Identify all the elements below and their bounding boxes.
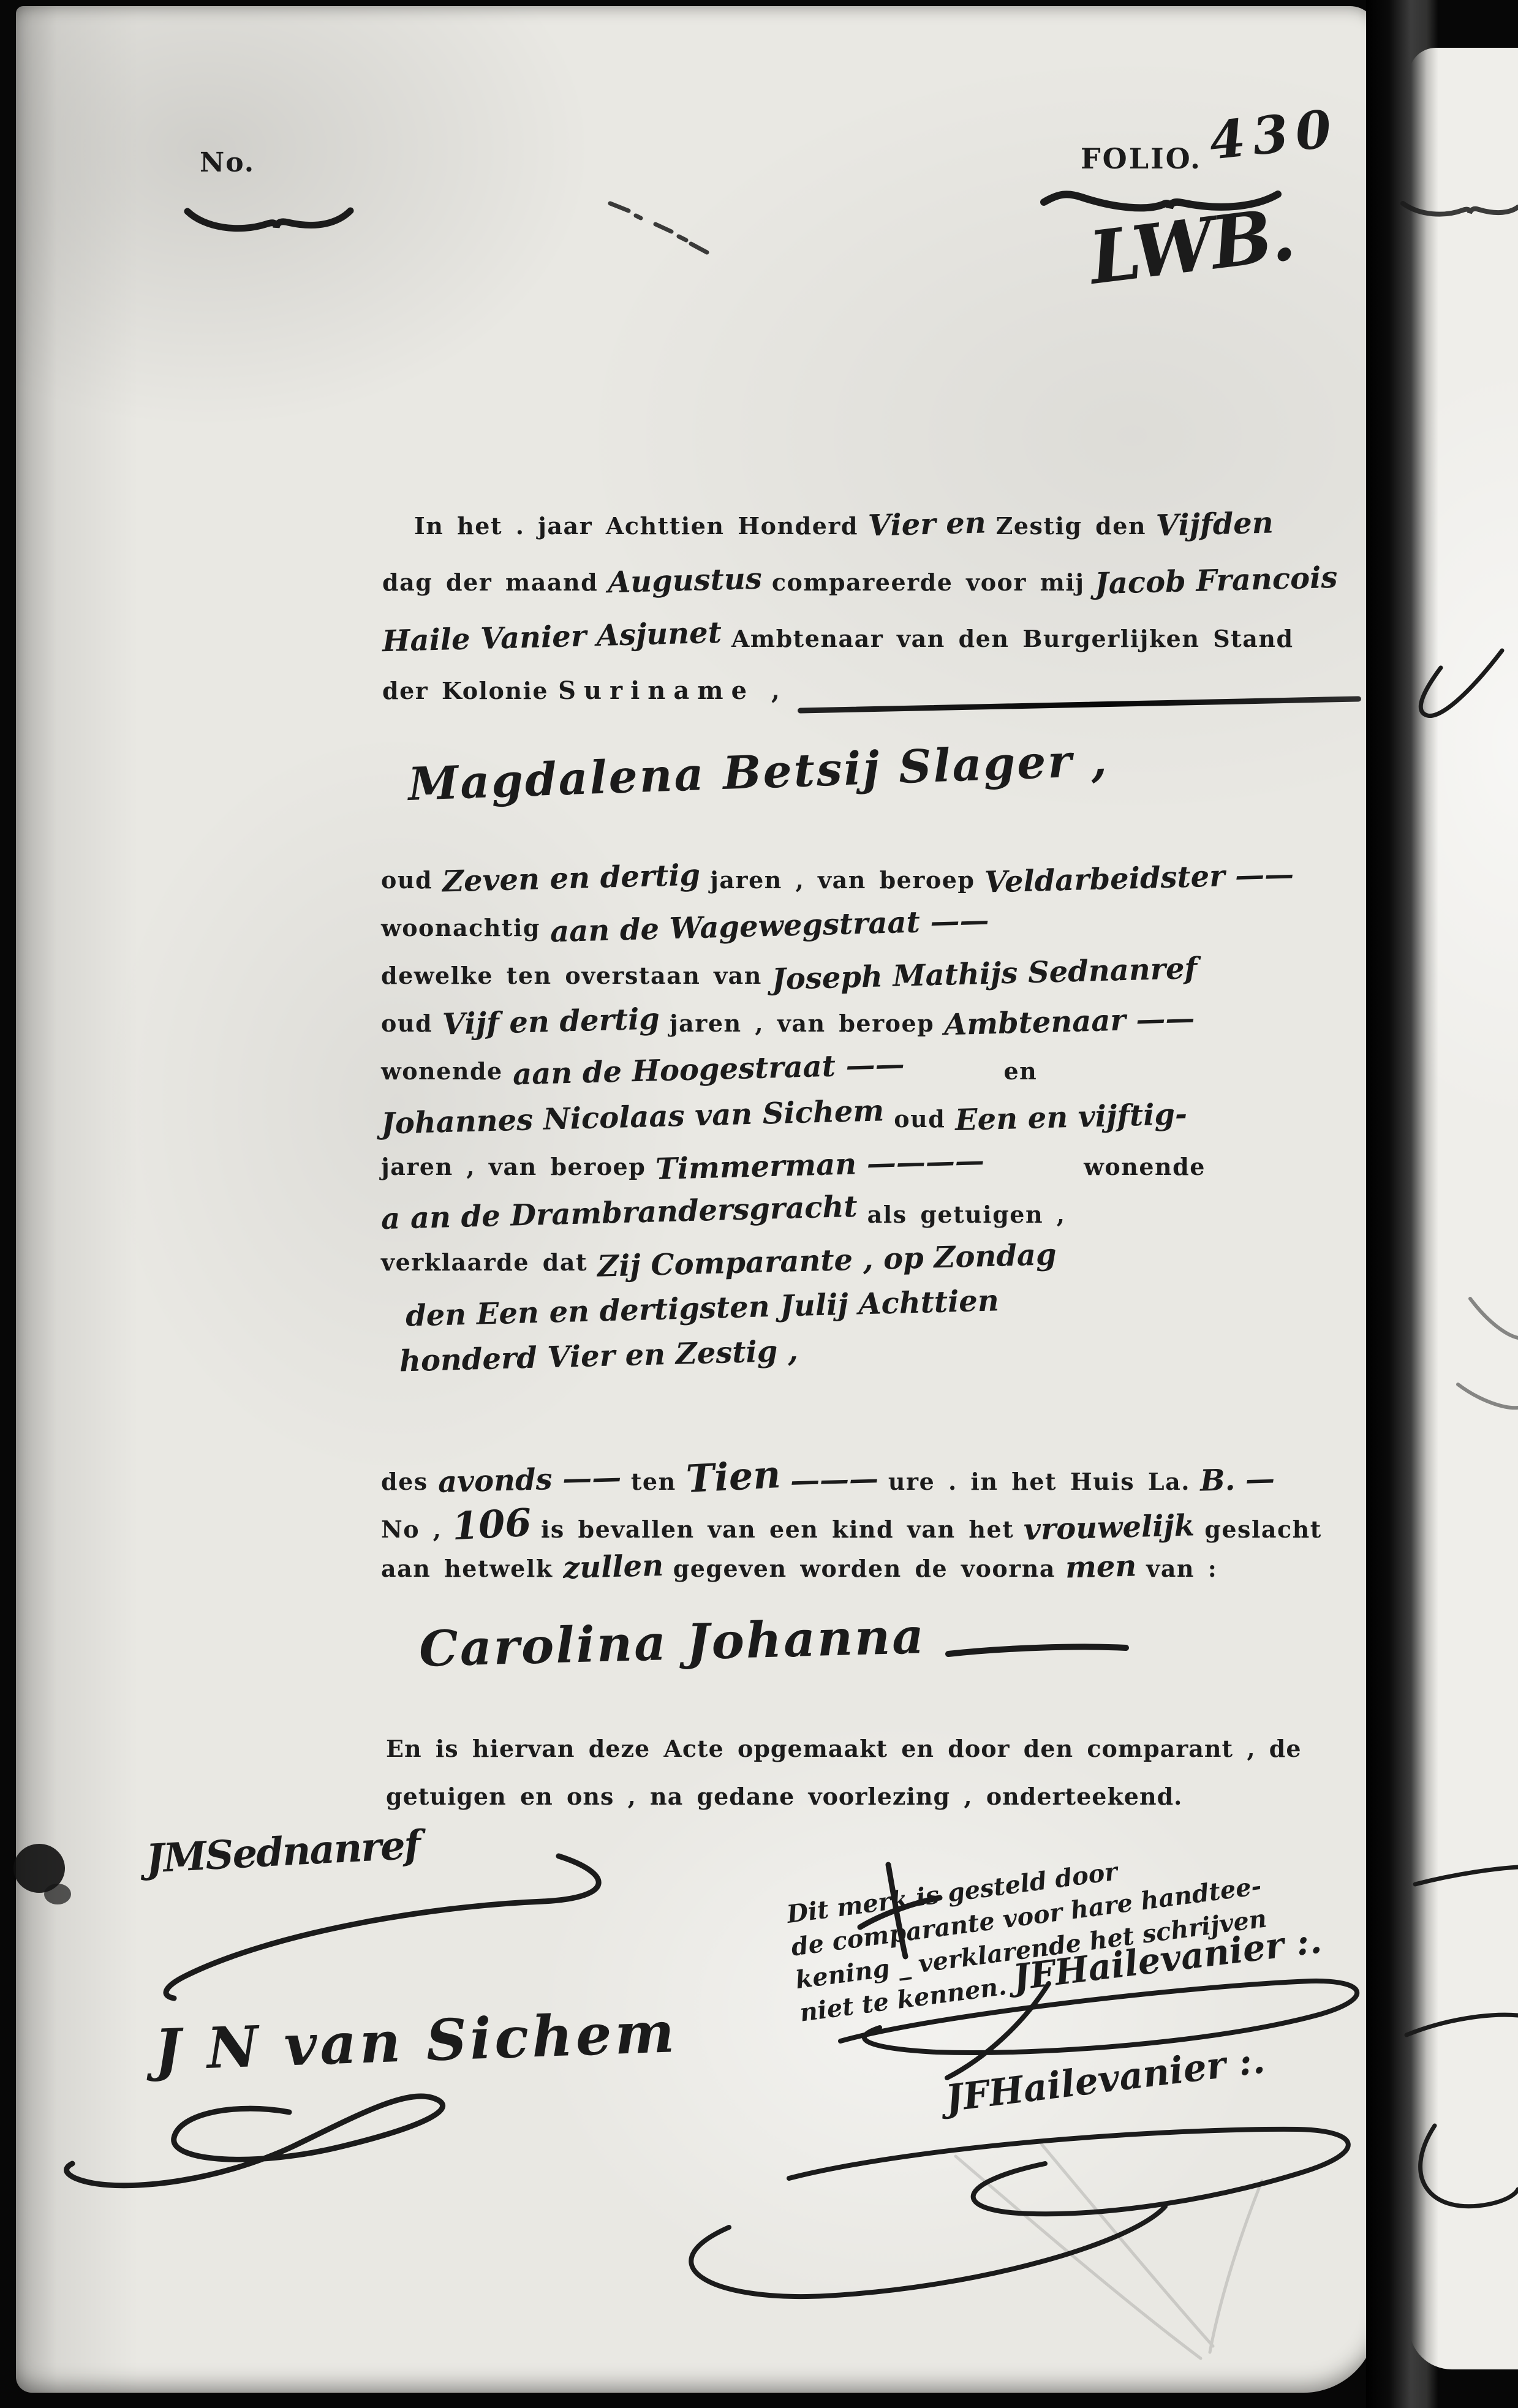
registrar-monogram: LWB. <box>1085 191 1297 300</box>
printed-form-text: en <box>1003 1057 1037 1085</box>
handwritten-entry: 106 <box>451 1500 532 1549</box>
spacer <box>994 1174 1074 1175</box>
child-name: Carolina Johanna <box>418 1607 926 1678</box>
act-line: No ,106is bevallen van een kind van hetv… <box>381 1502 1322 1550</box>
handwritten-entry: zullen <box>562 1549 663 1585</box>
act-closing-paragraph: En is hiervan deze Acte opgemaakt en doo… <box>386 1725 1415 1821</box>
official-signature-2: JFHailevanier :. <box>943 2039 1267 2120</box>
witness1-signature: JMSednanref <box>145 1822 421 1882</box>
handwritten-entry: a an de Drambrandersgracht <box>380 1190 858 1236</box>
printed-form-text: der Kolonie <box>382 677 548 704</box>
printed-form-text: No , <box>381 1515 442 1543</box>
act-line: oudVijf en dertigjaren , van beroepAmbte… <box>381 1005 1294 1052</box>
witness2-signature: J N van Sichem <box>153 1999 678 2083</box>
closing-line: getuigen en ons , na gedane voorlezing ,… <box>386 1773 1415 1821</box>
printed-form-text: dewelke ten overstaan van <box>381 962 762 989</box>
scanned-register-photo: No. FOLIO. 430 LWB. In het . jaar Achtti… <box>0 0 1518 2408</box>
act-number-label: No. <box>200 147 255 178</box>
printed-form-text: wonende <box>1084 1153 1206 1180</box>
folio-number: 430 <box>1206 97 1342 172</box>
printed-form-text: ten <box>631 1468 676 1495</box>
handwritten-entry: Een en vijftig- <box>955 1097 1188 1138</box>
act-birth-paragraph: desavonds ——tenTien———ure . in het Huis … <box>381 1454 1322 1598</box>
spacer <box>914 1078 994 1079</box>
printed-form-text: Suriname , <box>558 676 788 705</box>
printed-form-text: jaren , van beroep <box>381 1153 646 1180</box>
act-line: Johannes Nicolaas van SichemoudEen en vi… <box>381 1100 1294 1148</box>
printed-form-text: woonachtig <box>381 914 540 942</box>
handwritten-entry: Veldarbeidster —— <box>984 857 1294 899</box>
printed-form-text: compareerde voor mij <box>772 568 1085 596</box>
handwritten-entry: Augustus <box>607 562 762 600</box>
printed-form-text: geslacht <box>1204 1515 1322 1543</box>
act-line: Haile Vanier AsjunetAmbtenaar van den Bu… <box>382 620 1361 676</box>
printed-form-text: oud <box>894 1105 945 1133</box>
act-line: aan hetwelkzullengegeven worden de voorn… <box>381 1550 1322 1598</box>
printed-form-text: verklaarde dat <box>381 1248 587 1276</box>
folio-label: FOLIO. <box>1081 142 1202 175</box>
handwritten-entry: Joseph Mathijs Sednanref <box>771 951 1197 997</box>
birth-act-page: No. FOLIO. 430 LWB. In het . jaar Achtti… <box>16 6 1377 2393</box>
handwritten-entry: Timmerman ———— <box>655 1144 985 1187</box>
act-line: oudZeven en dertigjaren , van beroepVeld… <box>381 861 1294 909</box>
printed-form-text: Zestig den <box>996 512 1146 540</box>
printed-form-text: wonende <box>381 1057 503 1085</box>
printed-form-text: aan hetwelk <box>381 1555 553 1582</box>
handwritten-entry: ——— <box>790 1462 878 1498</box>
act-line: wonendeaan de Hoogestraat ——en <box>381 1052 1294 1100</box>
printed-form-text: is bevallen van een kind van het <box>541 1515 1014 1543</box>
act-line: woonachtigaan de Wagewegstraat —— <box>381 909 1294 957</box>
handwritten-entry: Haile Vanier Asjunet <box>382 616 722 659</box>
handwritten-entry: Zeven en dertig <box>442 858 700 899</box>
act-line: der KolonieSuriname , <box>382 676 1361 733</box>
act-intro-paragraph: In het . jaar Achttien HonderdVier enZes… <box>382 507 1361 733</box>
printed-form-text: Ambtenaar van den Burgerlijken Stand <box>731 625 1294 652</box>
handwritten-entry: Jacob Francois <box>1094 560 1338 601</box>
blank-fill-rule <box>798 696 1361 713</box>
act-line: honderd Vier en Zestig , <box>381 1339 1294 1387</box>
mark-explanation-note: Dit merk is gesteld door de comparante v… <box>785 1836 1273 2029</box>
act-line: jaren , van beroepTimmerman ————wonende <box>381 1148 1294 1196</box>
handwritten-entry: aan de Wagewegstraat —— <box>549 904 989 949</box>
handwritten-entry: Vijf en dertig <box>442 1002 660 1041</box>
handwritten-entry: vrouwelijk <box>1024 1508 1195 1547</box>
printed-form-text: oud <box>381 866 432 894</box>
handwritten-entry: Zij Comparante , op Zondag <box>597 1237 1057 1284</box>
handwritten-entry: Johannes Nicolaas van Sichem <box>380 1093 884 1141</box>
handwritten-entry: Tien <box>685 1452 782 1501</box>
printed-form-text: van : <box>1146 1555 1217 1582</box>
printed-form-text: jaren , van beroep <box>710 866 975 894</box>
closing-line: En is hiervan deze Acte opgemaakt en doo… <box>386 1725 1415 1773</box>
act-line: a an de Drambrandersgrachtals getuigen , <box>381 1196 1294 1244</box>
act-details-paragraph: oudZeven en dertigjaren , van beroepVeld… <box>381 861 1294 1387</box>
act-line: dewelke ten overstaan vanJoseph Mathijs … <box>381 957 1294 1005</box>
handwritten-entry: B. — <box>1199 1462 1275 1498</box>
act-line: In het . jaar Achttien HonderdVier enZes… <box>382 507 1361 564</box>
handwritten-entry: aan de Hoogestraat —— <box>512 1047 905 1092</box>
comparante-name: Magdalena Betsij Slager , <box>407 734 1109 811</box>
printed-form-text: des <box>381 1468 428 1495</box>
act-line: verklaarde datZij Comparante , op Zondag <box>381 1244 1294 1291</box>
handwritten-entry: honderd Vier en Zestig , <box>399 1334 798 1378</box>
act-line: dag der maandAugustuscompareerde voor mi… <box>382 564 1361 620</box>
handwritten-entry: Vijfden <box>1155 506 1274 543</box>
printed-form-text: oud <box>381 1010 432 1037</box>
handwritten-entry: men <box>1065 1549 1137 1585</box>
printed-form-text: jaren , van beroep <box>670 1010 934 1037</box>
printed-form-text: dag der maand <box>382 568 598 596</box>
printed-form-text: In het . jaar Achttien Honderd <box>414 512 858 540</box>
printed-form-text: gegeven worden de voorna <box>673 1555 1055 1582</box>
printed-form-text: als getuigen , <box>867 1201 1066 1228</box>
handwritten-entry: Vier en <box>867 505 986 543</box>
handwritten-entry: avonds —— <box>437 1460 622 1500</box>
printed-form-text: ure . in het Huis La. <box>888 1468 1190 1495</box>
act-line: desavonds ——tenTien———ure . in het Huis … <box>381 1454 1322 1502</box>
adjacent-page-edge: No. deJadowdowjGD'MEl <box>1409 48 1518 2369</box>
handwritten-entry: den Een en dertigsten Julij Achttien <box>405 1283 999 1333</box>
act-line: den Een en dertigsten Julij Achttien <box>381 1291 1294 1339</box>
handwritten-entry: Ambtenaar —— <box>944 1002 1196 1043</box>
